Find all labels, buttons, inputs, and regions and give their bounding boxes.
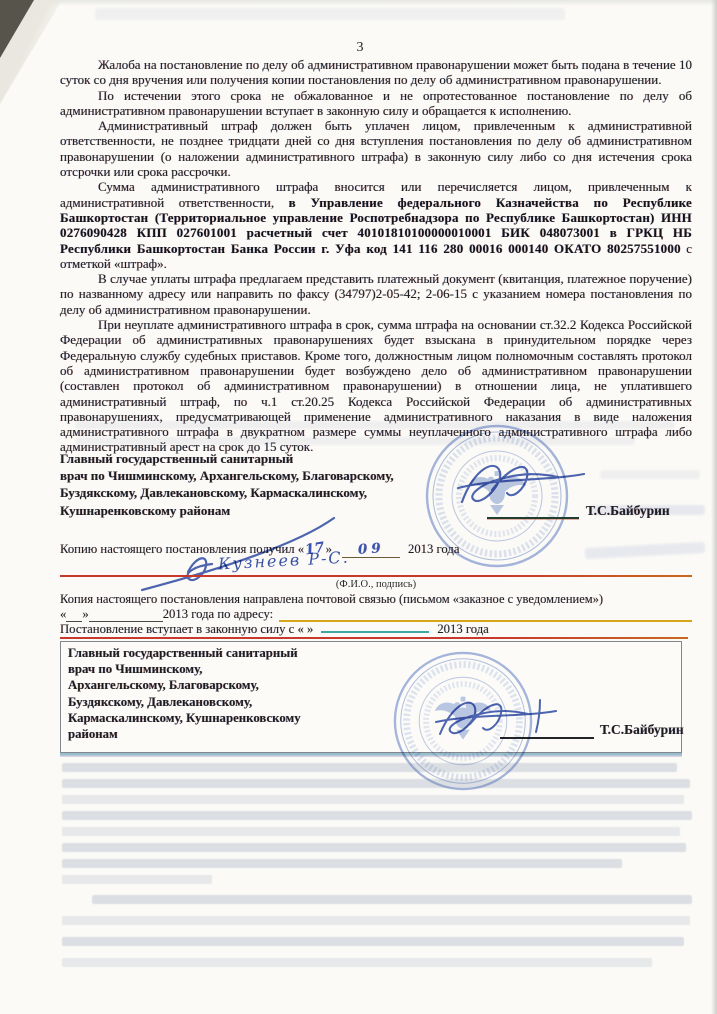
box-title-line: Кармаскалинскому, Кушнаренковскому (68, 710, 681, 726)
scanned-document-page: 3 Жалоба на постановление по делу об адм… (0, 0, 717, 1014)
bleedthrough-line (62, 827, 680, 836)
paragraph-payment-proof: В случае уплаты штрафа предлагаем предст… (60, 271, 692, 317)
page-number: 3 (60, 40, 660, 56)
force-line: Постановление вступает в законную силу с… (60, 622, 692, 637)
addr-year: 2013 года по адресу: (163, 607, 274, 622)
month-blank-field: 09 (342, 541, 400, 558)
address-line: «»2013 года по адресу: (60, 607, 692, 622)
box-title-line: районам (68, 726, 681, 742)
receipt-year: 2013 года (408, 542, 460, 556)
bleedthrough-smudge (75, 421, 675, 429)
force-prefix: Постановление вступает в законную силу с… (60, 622, 313, 636)
handwritten-month: 09 (357, 540, 385, 558)
bleedthrough-block (62, 763, 702, 891)
divider-red-line (60, 637, 688, 639)
box-title-line: врач по Чишминскому, (68, 661, 681, 677)
bleedthrough-line (62, 811, 692, 820)
scan-top-edge (0, 0, 717, 6)
paragraph-nonpayment: При неуплате административного штрафа в … (60, 317, 692, 455)
bleedthrough-smudge (600, 470, 700, 479)
scan-right-edge (711, 0, 717, 1014)
bleedthrough-line (62, 937, 684, 946)
addr-quote-open: « (60, 607, 66, 622)
bleedthrough-line (62, 916, 690, 925)
bleedthrough-line (62, 843, 686, 852)
paragraph-payment-term: Административный штраф должен быть уплач… (60, 118, 692, 179)
bleedthrough-line (62, 795, 684, 804)
force-date-blank (321, 631, 429, 633)
divider-red-line (60, 575, 692, 577)
signature-line (500, 737, 594, 739)
bleedthrough-line (62, 875, 212, 884)
bleedthrough-line (62, 958, 652, 967)
bleedthrough-line (62, 763, 677, 772)
fio-caption: (Ф.И.О., подпись) (60, 579, 692, 590)
box-title-line: Архангельскому, Благоварскому, (68, 677, 681, 693)
box-title-line: Буздякскому, Давлекановскому, (68, 694, 681, 710)
paragraph-appeal: Жалоба на постановление по делу об админ… (60, 57, 692, 88)
bleedthrough-smudge (95, 8, 565, 20)
paragraph-bank-details: Сумма административного штрафа вносится … (60, 179, 692, 271)
official-title-line: врач по Чишминскому, Архангельскому, Бла… (60, 467, 490, 484)
official-title-line: Кушнаренковскому районам (60, 502, 490, 519)
paragraph-expiry: По истечении этого срока не обжалованное… (60, 88, 692, 119)
force-year: 2013 года (437, 622, 489, 636)
mail-line: Копия настоящего постановления направлен… (60, 592, 692, 607)
official-title-line: Главный государственный санитарный (60, 450, 490, 467)
address-blank-line (279, 607, 692, 622)
signature-line (487, 517, 579, 519)
document-body: Жалоба на постановление по делу об админ… (60, 57, 692, 455)
bleedthrough-block (62, 895, 702, 967)
bleedthrough-line (92, 895, 692, 904)
receipt-line: Копию настоящего постановления получил «… (60, 541, 692, 558)
signer-name: Т.С.Байбурин (586, 503, 670, 519)
bleedthrough-line (62, 859, 622, 868)
official-block-top: Главный государственный санитарный врач … (60, 450, 490, 519)
bleedthrough-line (62, 779, 690, 788)
box-title-line: Главный государственный санитарный (68, 645, 681, 661)
addr-quote-close: » (82, 607, 88, 622)
signer-name: Т.С.Байбурин (600, 722, 684, 738)
bleedthrough-smudge (75, 437, 635, 445)
official-title-line: Буздякскому, Давлекановскому, Кармаскали… (60, 484, 490, 501)
